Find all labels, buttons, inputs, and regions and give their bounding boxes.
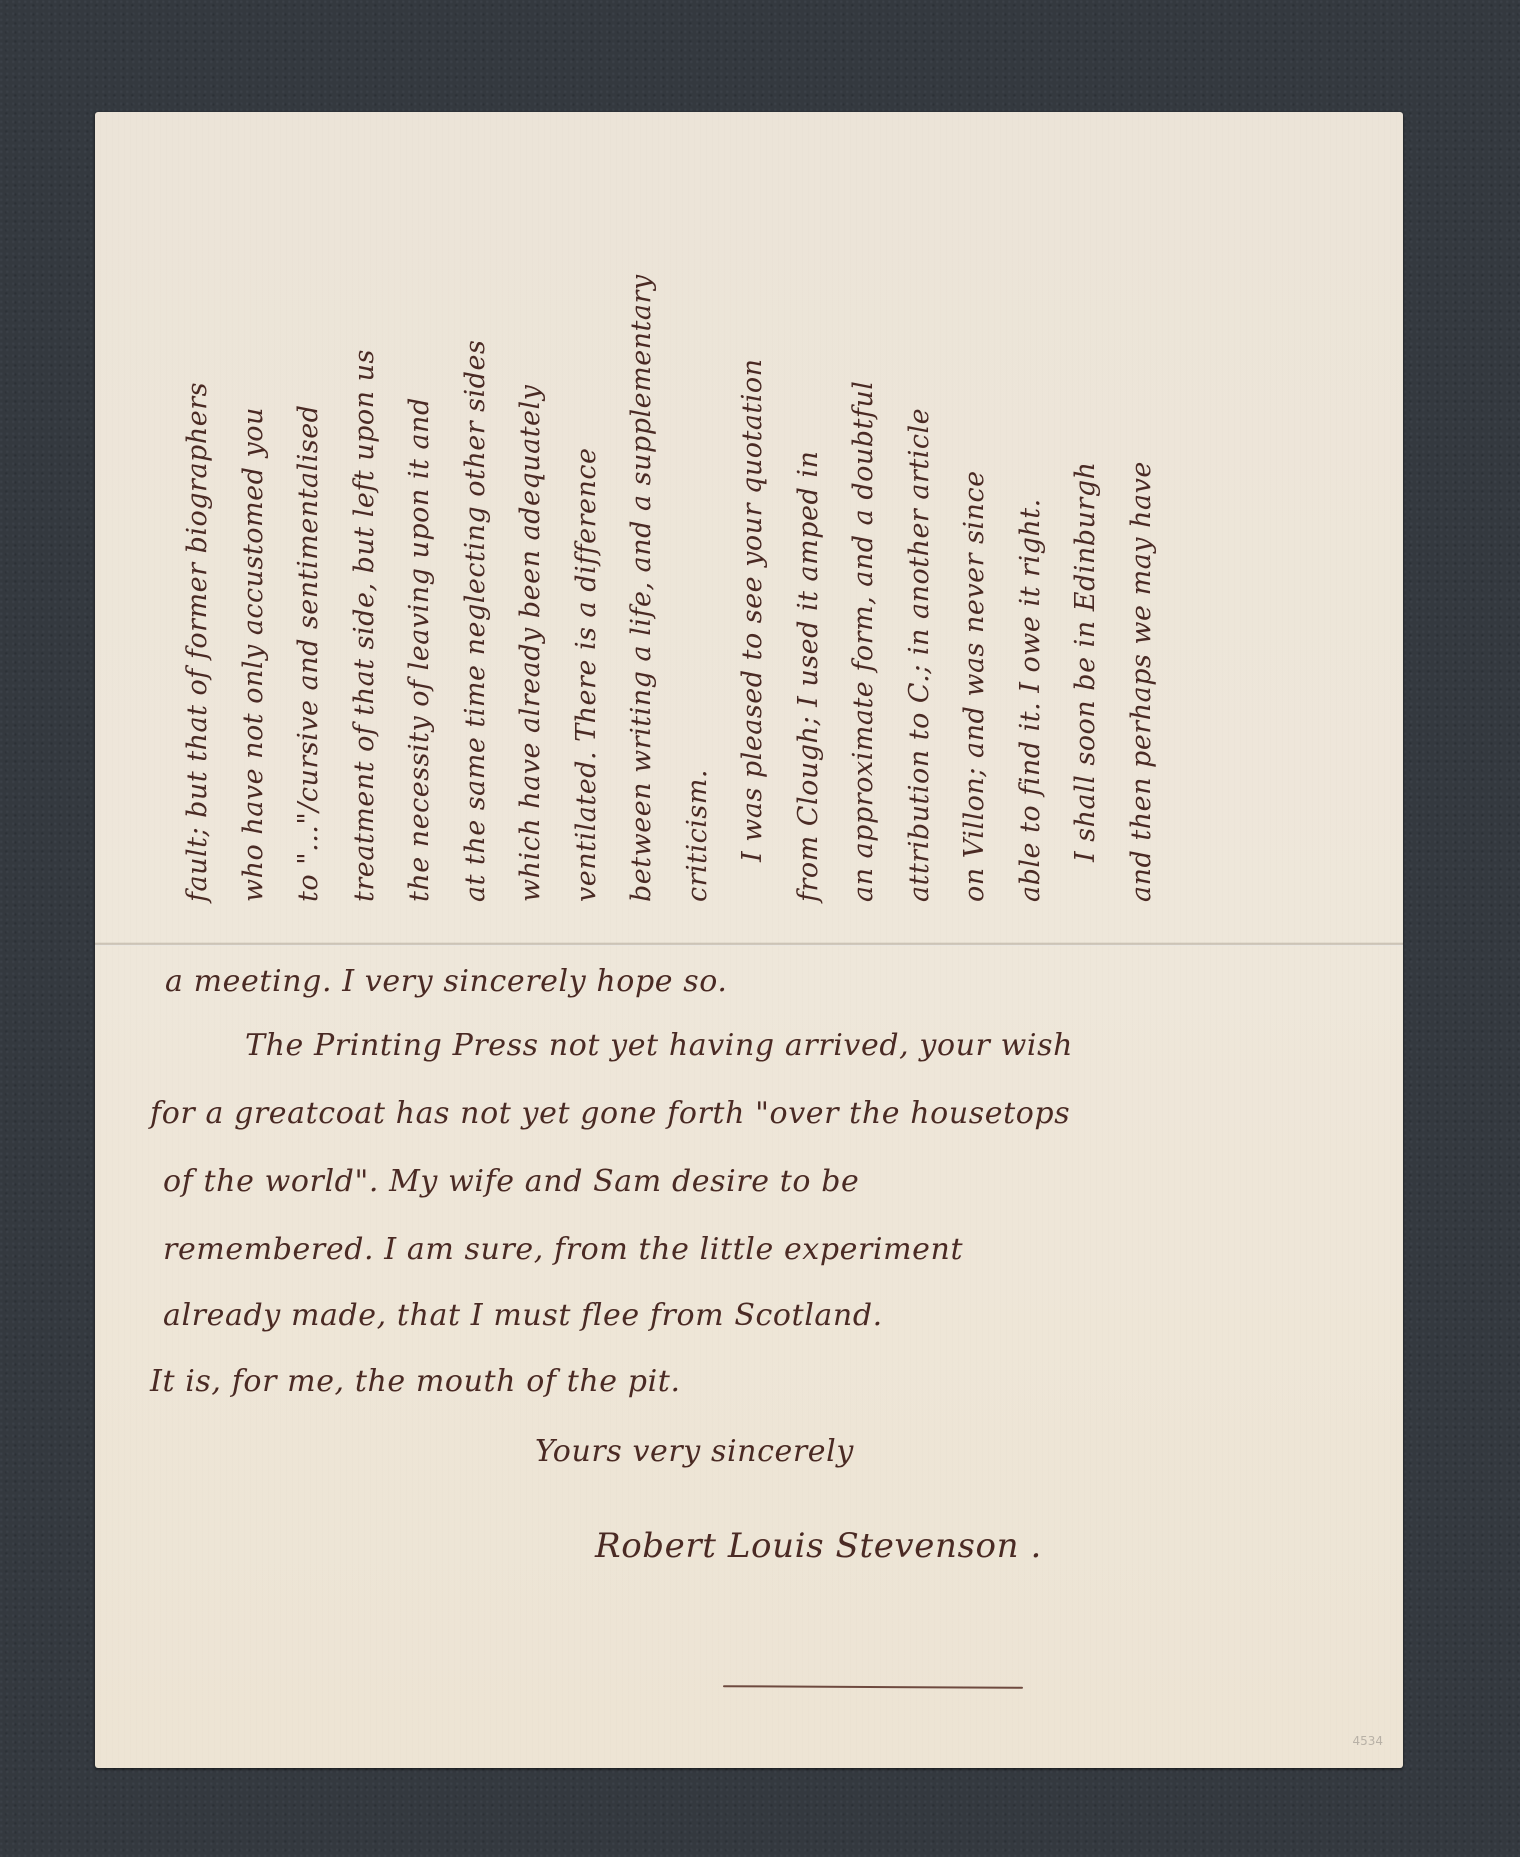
letter-top-half-rotated: fault; but that of former biographers wh…	[95, 112, 1403, 942]
rotated-line-18: and then perhaps we may have	[1114, 142, 1170, 902]
dark-mat-background: fault; but that of former biographers wh…	[0, 0, 1520, 1857]
rotated-line-13: an approximate form, and a doubtful	[836, 142, 892, 902]
rotated-line-15: on Villon; and was never since	[947, 142, 1003, 902]
letter-line-2: The Printing Press not yet having arrive…	[245, 1028, 1073, 1063]
rotated-line-7: which have already been adequately	[503, 142, 559, 902]
letter-line-6: already made, that I must flee from Scot…	[163, 1298, 883, 1333]
letter-sheet: fault; but that of former biographers wh…	[95, 112, 1403, 1768]
signature-underline	[723, 1685, 1023, 1689]
rotated-line-12: from Clough; I used it amped in	[781, 142, 837, 902]
rotated-line-16: able to find it. I owe it right.	[1003, 142, 1059, 902]
signature: Robert Louis Stevenson .	[595, 1526, 1042, 1566]
rotated-line-14: attribution to C.; in another article	[892, 142, 948, 902]
rotated-line-4: treatment of that side, but left upon us	[337, 142, 393, 902]
rotated-line-9: between writing a life, and a supplement…	[614, 142, 670, 902]
rotated-line-1: fault; but that of former biographers	[170, 142, 226, 902]
rotated-line-3: to "..."/cursive and sentimentalised	[281, 142, 337, 902]
rotated-line-6: at the same time neglecting other sides	[448, 142, 504, 902]
closing-salutation: Yours very sincerely	[535, 1434, 854, 1469]
rotated-line-5: the necessity of leaving upon it and	[392, 142, 448, 902]
letter-line-7: It is, for me, the mouth of the pit.	[150, 1364, 681, 1399]
letter-line-3: for a greatcoat has not yet gone forth "…	[150, 1096, 1070, 1131]
letter-line-4: of the world". My wife and Sam desire to…	[163, 1164, 859, 1199]
rotated-line-10: criticism.	[670, 142, 726, 902]
rotated-line-2: who have not only accustomed you	[226, 142, 282, 902]
rotated-line-17: I shall soon be in Edinburgh	[1058, 142, 1114, 902]
pencil-catalog-mark: 4534	[1352, 1734, 1383, 1748]
letter-line-1: a meeting. I very sincerely hope so.	[165, 964, 728, 999]
rotated-line-11: I was pleased to see your quotation	[725, 142, 781, 902]
rotated-text-block: fault; but that of former biographers wh…	[170, 142, 1169, 902]
letter-bottom-half: a meeting. I very sincerely hope so. The…	[95, 946, 1403, 1768]
letter-line-5: remembered. I am sure, from the little e…	[163, 1232, 963, 1267]
rotated-line-8: ventilated. There is a difference	[559, 142, 615, 902]
